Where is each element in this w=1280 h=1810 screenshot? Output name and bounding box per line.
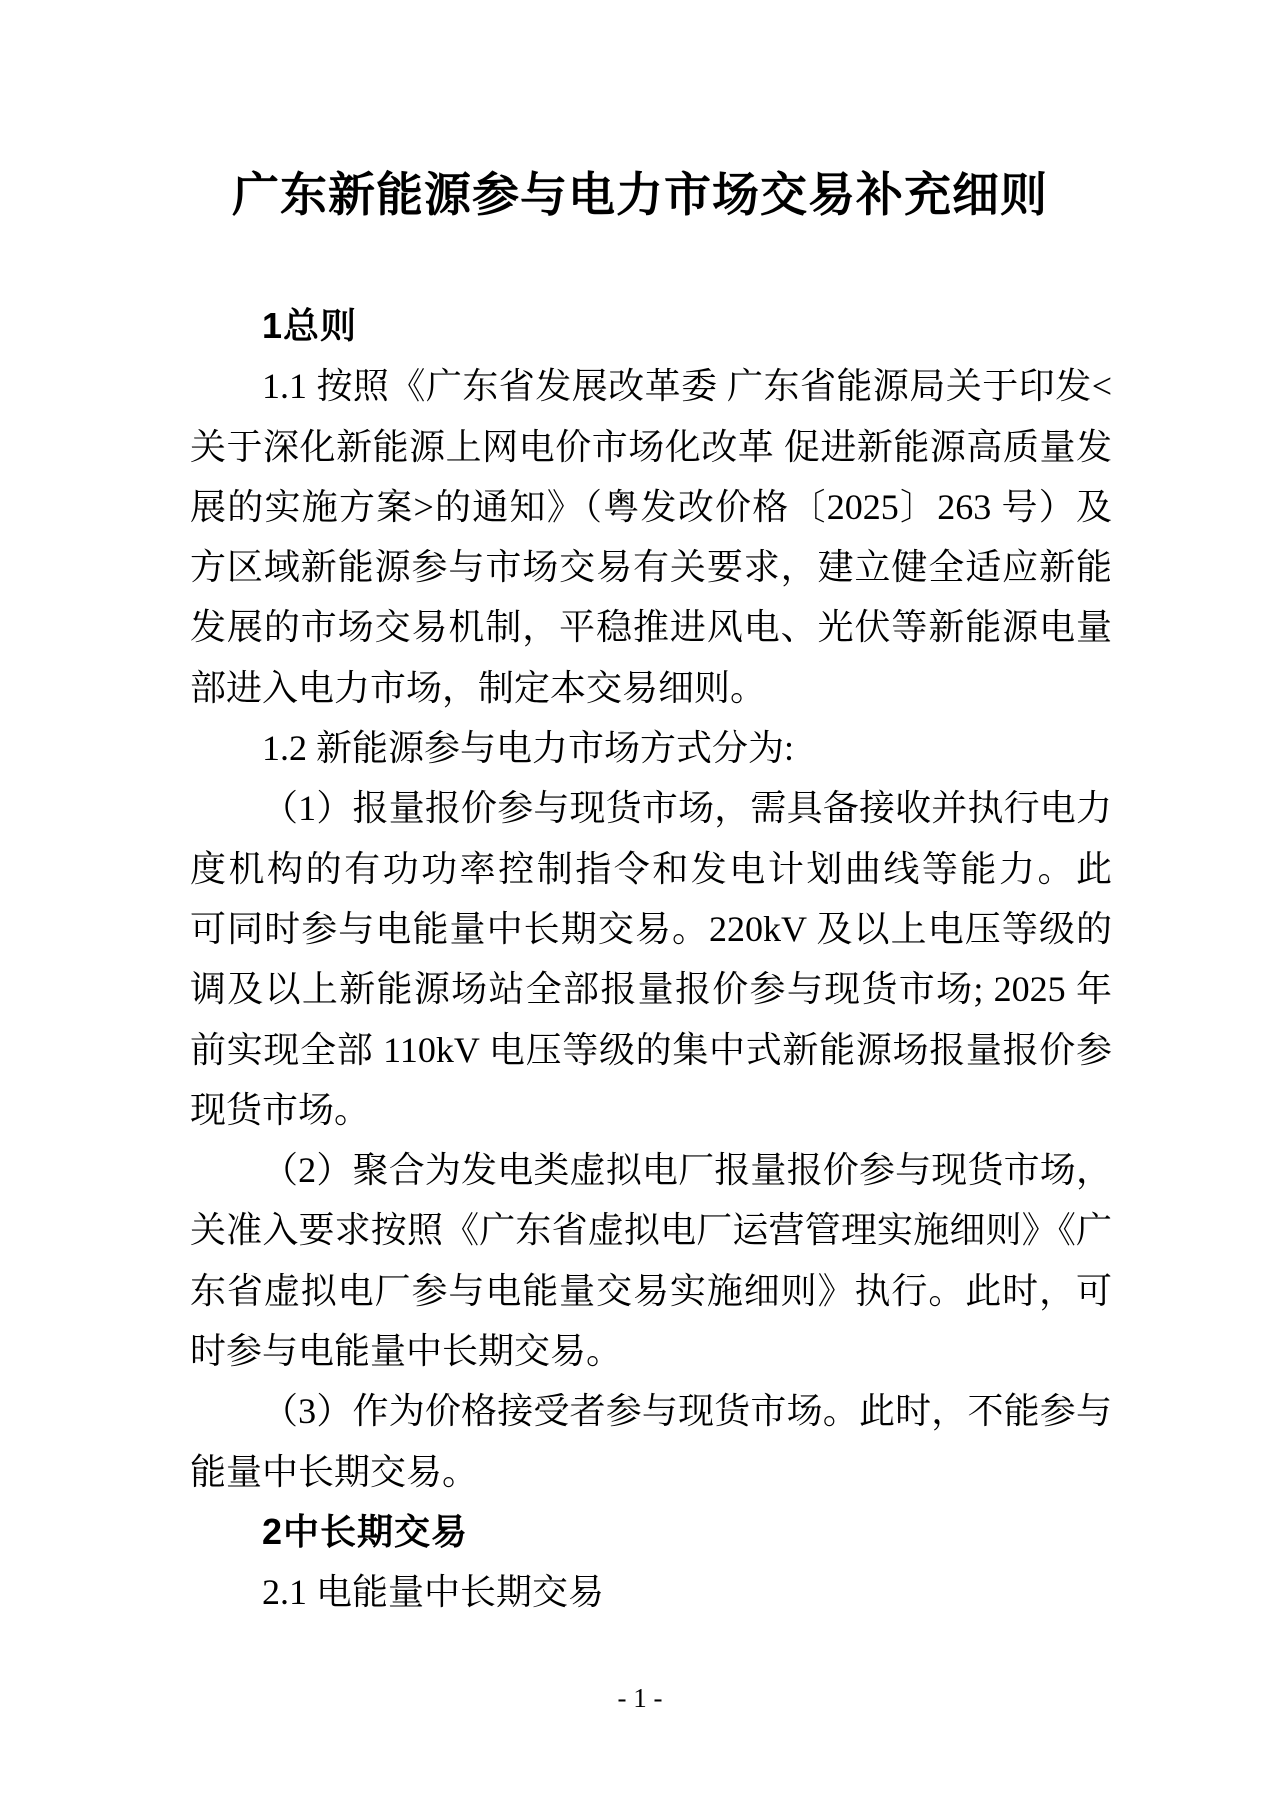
- para-1-1-line: 部进入电力市场，制定本交易细则。: [190, 658, 1112, 718]
- para-item-1-line: 可同时参与电能量中长期交易。220kV 及以上电压等级的中: [190, 899, 1112, 959]
- para-item-1-line: 现货市场。: [190, 1080, 1112, 1140]
- para-1-1-line: 展的实施方案>的通知》（粤发改价格〔2025〕263 号）及南: [190, 477, 1112, 537]
- para-item-3-line: （3）作为价格接受者参与现货市场。此时，不能参与电: [190, 1381, 1112, 1441]
- para-item-2-line: 关准入要求按照《广东省虚拟电厂运营管理实施细则》《广: [190, 1200, 1112, 1260]
- document-title: 广东新能源参与电力市场交易补充细则: [178, 160, 1102, 232]
- document-page: 广东新能源参与电力市场交易补充细则 1总则 1.1 按照《广东省发展改革委 广东…: [0, 0, 1280, 1810]
- para-item-1-line: （1）报量报价参与现货市场，需具备接收并执行电力调: [190, 778, 1112, 838]
- heading-1-general: 1总则: [190, 296, 1112, 356]
- para-item-3-line: 能量中长期交易。: [190, 1442, 1112, 1502]
- document-body: 1总则 1.1 按照《广东省发展改革委 广东省能源局关于印发< 关于深化新能源上…: [190, 296, 1112, 1623]
- para-1-1-line: 关于深化新能源上网电价市场化改革 促进新能源高质量发: [190, 417, 1112, 477]
- para-1-2-line: 1.2 新能源参与电力市场方式分为:: [190, 718, 1112, 778]
- para-1-1-line: 发展的市场交易机制，平稳推进风电、光伏等新能源电量全: [190, 597, 1112, 657]
- para-item-1-line: 前实现全部 110kV 电压等级的集中式新能源场报量报价参与: [190, 1020, 1112, 1080]
- para-1-1-line: 1.1 按照《广东省发展改革委 广东省能源局关于印发<: [190, 356, 1112, 416]
- para-2-1-line: 2.1 电能量中长期交易: [190, 1562, 1112, 1622]
- page-number: - 1 -: [0, 1680, 1280, 1716]
- para-item-1-line: 调及以上新能源场站全部报量报价参与现货市场; 2025 年底: [190, 959, 1112, 1019]
- para-item-1-line: 度机构的有功功率控制指令和发电计划曲线等能力。此时，: [190, 839, 1112, 899]
- para-1-1-line: 方区域新能源参与市场交易有关要求，建立健全适应新能源: [190, 537, 1112, 597]
- para-item-2-line: 时参与电能量中长期交易。: [190, 1321, 1112, 1381]
- heading-2-mid-long-term: 2中长期交易: [190, 1502, 1112, 1562]
- para-item-2-line: （2）聚合为发电类虚拟电厂报量报价参与现货市场，相: [190, 1140, 1112, 1200]
- para-item-2-line: 东省虚拟电厂参与电能量交易实施细则》执行。此时，可同: [190, 1261, 1112, 1321]
